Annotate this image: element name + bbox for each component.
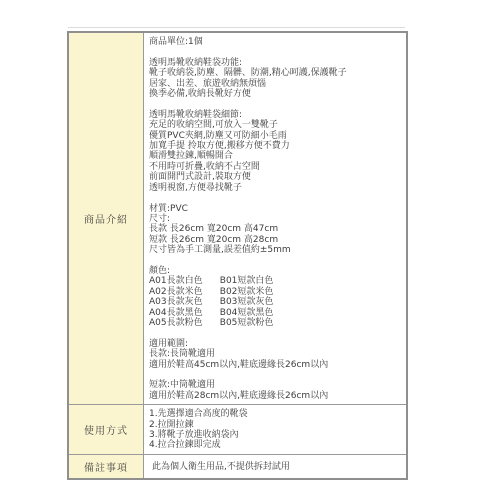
table-row-note: 備註事項 此為個人衛生用品,不提供拆封試用 bbox=[68, 454, 407, 479]
row-content-note: 此為個人衛生用品,不提供拆封試用 bbox=[144, 454, 408, 479]
row-label-note: 備註事項 bbox=[68, 454, 144, 479]
product-page: 商品介紹 商品單位:1個 透明馬靴收納鞋袋功能: 靴子收納袋,防塵、隔髒、防潮,… bbox=[0, 0, 480, 480]
product-spec-table: 商品介紹 商品單位:1個 透明馬靴收納鞋袋功能: 靴子收納袋,防塵、隔髒、防潮,… bbox=[67, 31, 408, 480]
row-label-product-intro: 商品介紹 bbox=[68, 32, 144, 405]
table-row-usage: 使用方式 1.先選擇適合高度的靴袋 2.拉開拉鍊 3.將靴子放進收納袋內 4.拉… bbox=[68, 405, 407, 455]
table-row-product-intro: 商品介紹 商品單位:1個 透明馬靴收納鞋袋功能: 靴子收納袋,防塵、隔髒、防潮,… bbox=[68, 32, 407, 405]
row-label-usage: 使用方式 bbox=[68, 405, 144, 455]
top-divider bbox=[68, 27, 405, 28]
row-content-usage: 1.先選擇適合高度的靴袋 2.拉開拉鍊 3.將靴子放進收納袋內 4.拉合拉鍊即完… bbox=[144, 405, 408, 455]
row-content-product-intro: 商品單位:1個 透明馬靴收納鞋袋功能: 靴子收納袋,防塵、隔髒、防潮,精心呵護,… bbox=[144, 32, 408, 405]
